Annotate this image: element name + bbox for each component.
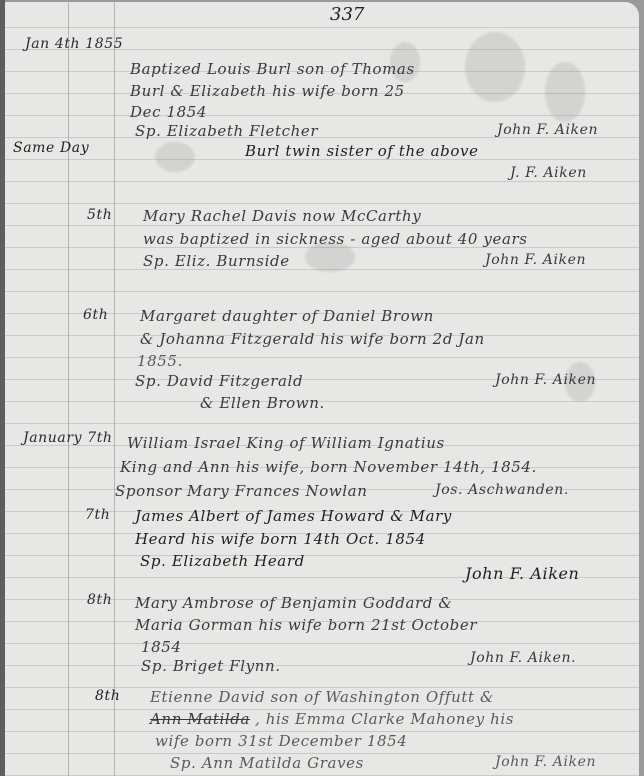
entry-sponsor: & Ellen Brown.	[200, 394, 325, 412]
entry-line: 1855.	[137, 352, 183, 370]
entry-date: 8th	[87, 592, 112, 608]
page-number: 337	[330, 4, 364, 25]
entry-line: , his Emma Clarke Mahoney his	[255, 710, 514, 728]
entry-sponsor: Sp. Elizabeth Heard	[140, 552, 305, 570]
entry-line-struck: Ann Matilda	[150, 710, 250, 728]
entry-sponsor: Sp. Elizabeth Fletcher	[135, 122, 318, 140]
entry-line: Baptized Louis Burl son of Thomas	[130, 60, 415, 78]
entry-line: Mary Rachel Davis now McCarthy	[143, 207, 421, 225]
entry-line: Burl & Elizabeth his wife born 25	[130, 82, 405, 100]
entry-line: was baptized in sickness - aged about 40…	[143, 230, 528, 248]
entry-priest-signature: John F. Aiken	[497, 122, 598, 138]
entry-line: King and Ann his wife, born November 14t…	[120, 458, 537, 476]
entry-line: Maria Gorman his wife born 21st October	[135, 616, 477, 634]
entry-date: 8th	[95, 688, 120, 704]
entry-line: Heard his wife born 14th Oct. 1854	[135, 530, 426, 548]
entry-priest-signature: John F. Aiken.	[470, 650, 576, 666]
entry-priest-signature: John F. Aiken	[495, 372, 596, 388]
entry-date: January 7th	[23, 430, 113, 446]
entry-line: 1854	[141, 638, 182, 656]
entry-sponsor: Sponsor Mary Frances Nowlan	[115, 482, 367, 500]
entry-date: 6th	[83, 307, 108, 323]
register-page: 337 Jan 4th 1855 Baptized Louis Burl son…	[5, 2, 639, 776]
entry-priest-signature: J. F. Aiken	[510, 165, 587, 181]
margin-line-left	[68, 2, 69, 776]
entry-sponsor: Sp. Ann Matilda Graves	[170, 754, 364, 772]
entry-date: Same Day	[13, 140, 89, 156]
entry-sponsor: Sp. David Fitzgerald	[135, 372, 303, 390]
entry-line: Burl twin sister of the above	[245, 142, 479, 160]
entry-line: wife born 31st December 1854	[155, 732, 407, 750]
entry-line: Margaret daughter of Daniel Brown	[140, 307, 434, 325]
entry-line: Mary Ambrose of Benjamin Goddard &	[135, 594, 452, 612]
entry-date: 7th	[85, 507, 110, 523]
stain	[465, 32, 525, 102]
entry-priest-signature: John F. Aiken	[485, 252, 586, 268]
entry-line: Dec 1854	[130, 103, 207, 121]
entry-line: William Israel King of William Ignatius	[127, 434, 445, 452]
entry-date: 5th	[87, 207, 112, 223]
entry-priest-signature: Jos. Aschwanden.	[435, 482, 569, 498]
entry-sponsor: Sp. Eliz. Burnside	[143, 252, 290, 270]
entry-priest-signature: John F. Aiken	[465, 564, 579, 583]
entry-line: Etienne David son of Washington Offutt &	[150, 688, 494, 706]
entry-sponsor: Sp. Briget Flynn.	[141, 657, 281, 675]
entry-priest-signature: John F. Aiken	[495, 754, 596, 770]
entry-line: & Johanna Fitzgerald his wife born 2d Ja…	[140, 330, 485, 348]
stain	[545, 62, 585, 122]
margin-line-right	[114, 2, 115, 776]
stain	[155, 142, 195, 172]
entry-date: Jan 4th 1855	[25, 36, 123, 52]
entry-line: James Albert of James Howard & Mary	[135, 507, 452, 525]
